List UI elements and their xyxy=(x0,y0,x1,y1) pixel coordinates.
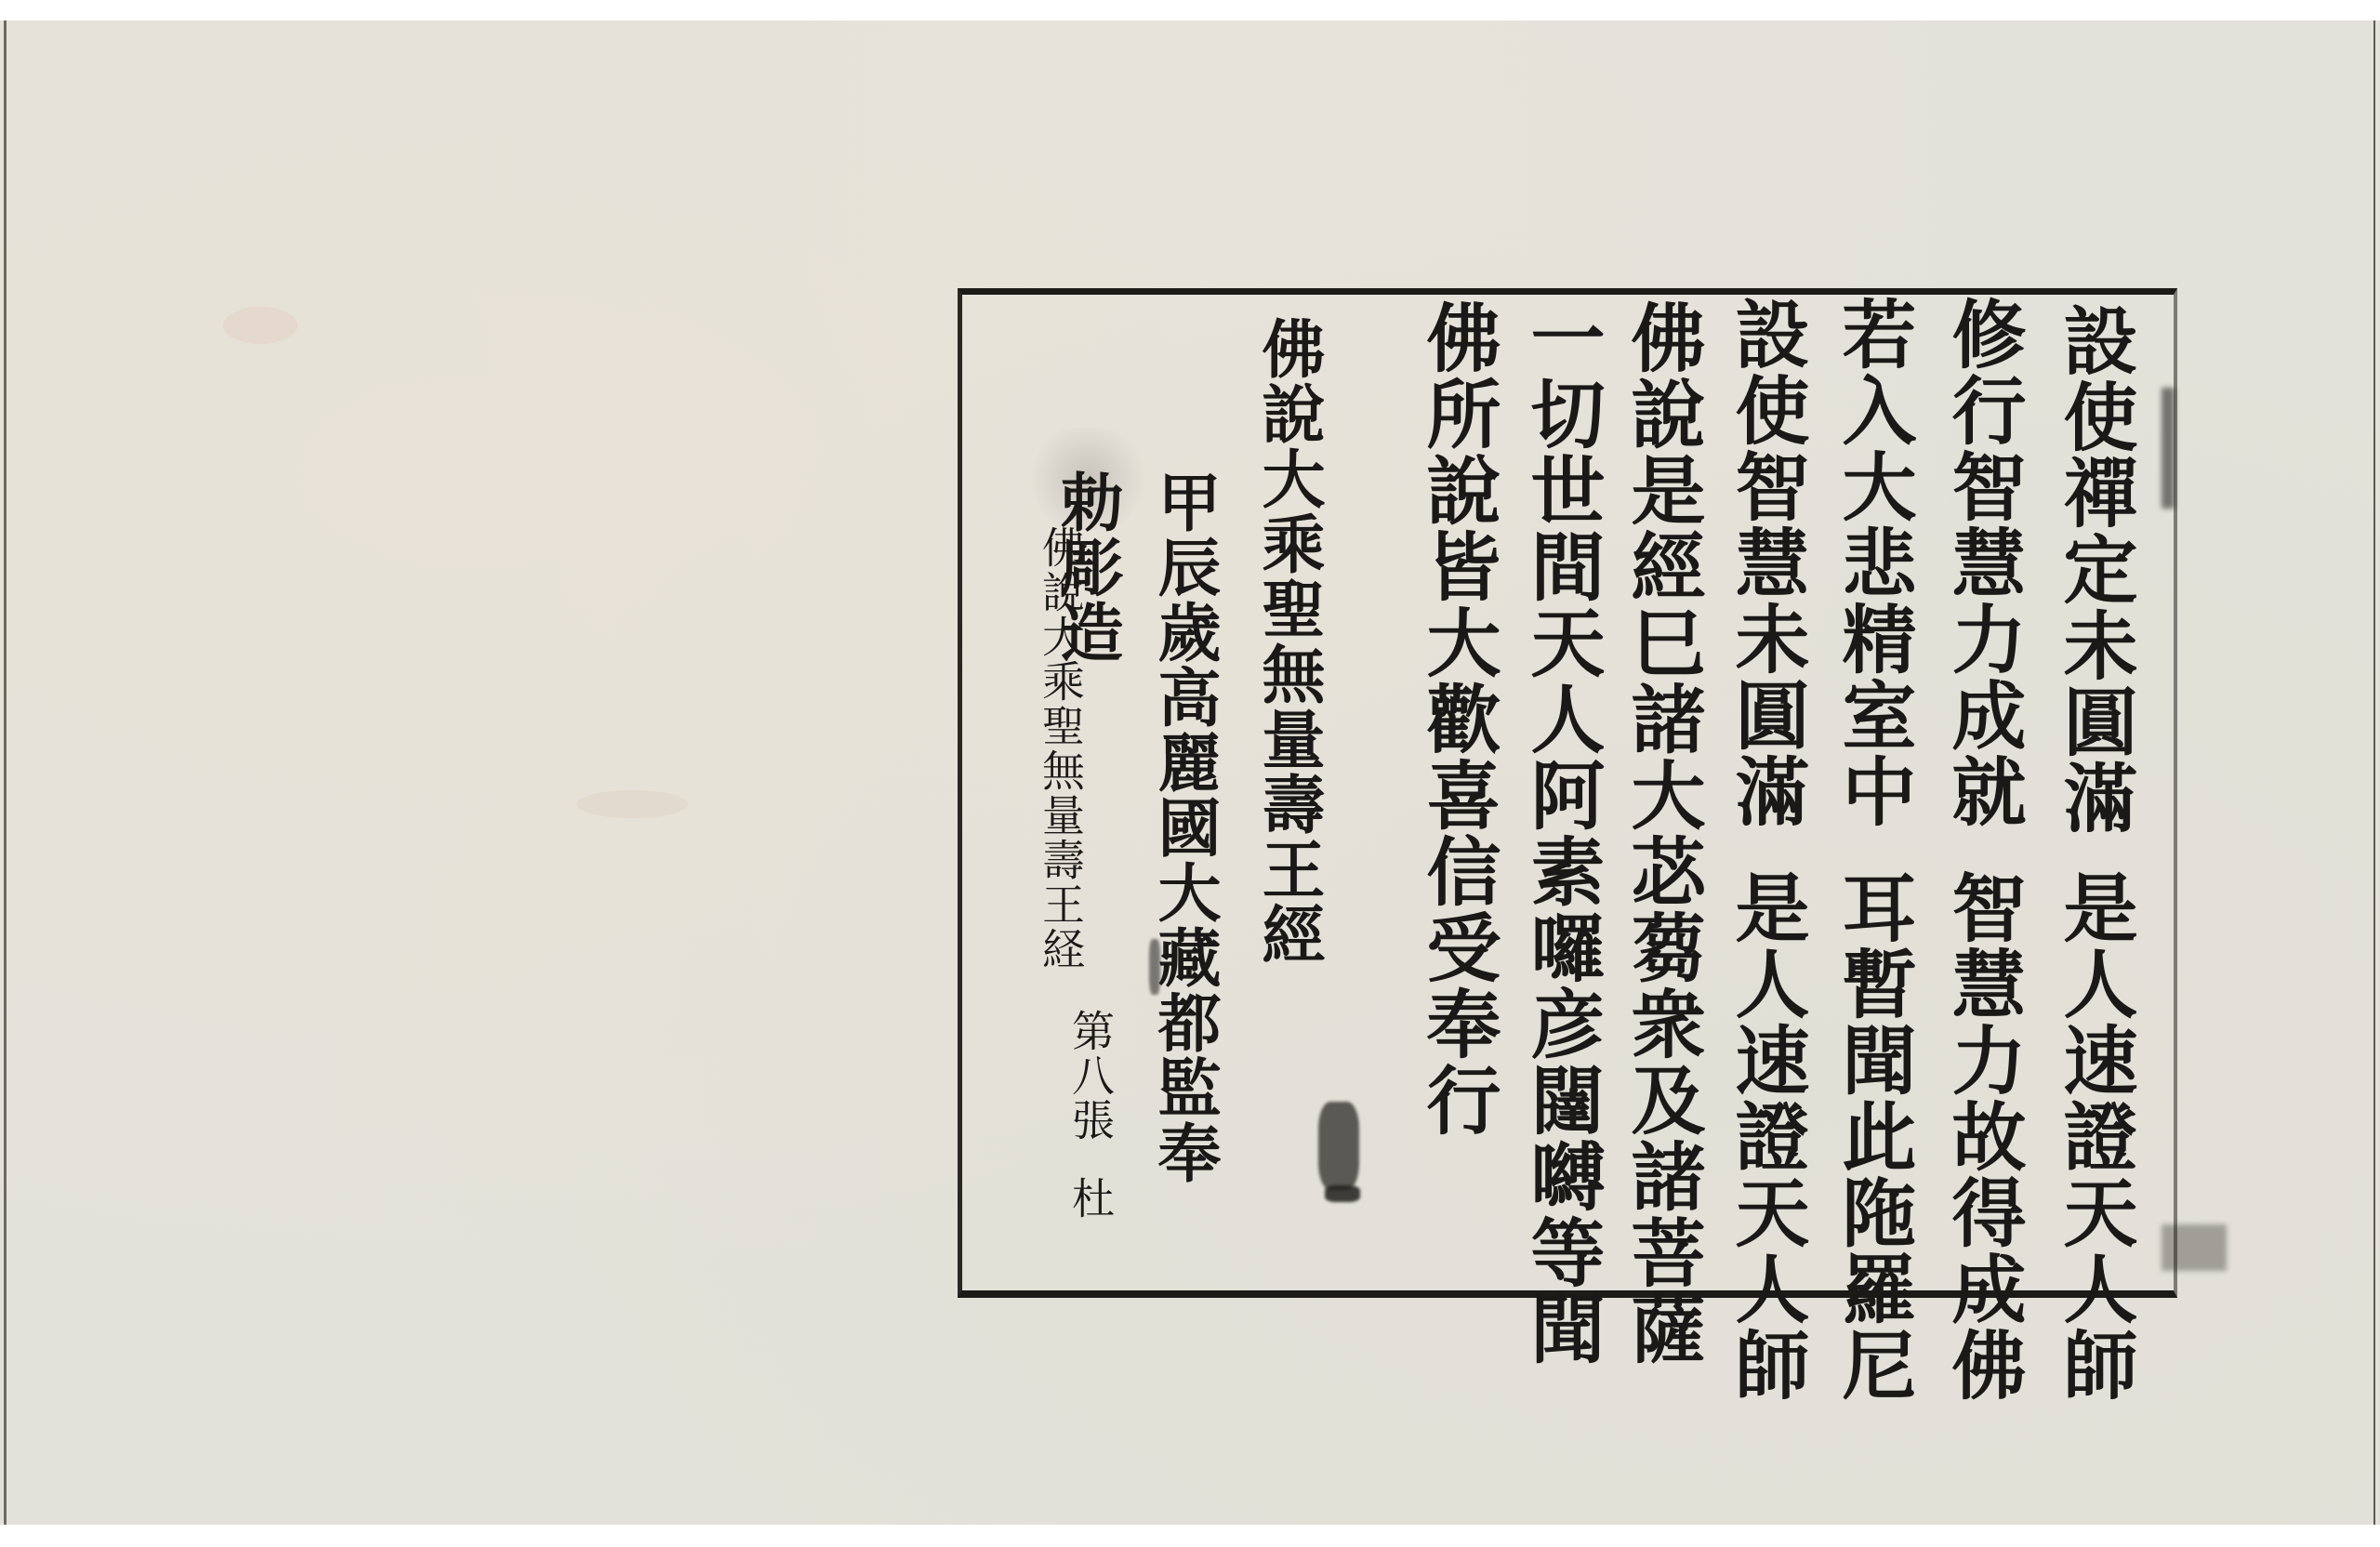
ink-blot xyxy=(1318,1102,1359,1190)
paper-stain xyxy=(223,307,297,344)
ink-smudge xyxy=(2162,388,2175,509)
text-column: 一切世間天人阿素囉彦闥嚩等聞 xyxy=(1525,299,1599,1367)
right-page-edge xyxy=(2373,20,2375,1525)
text-column: 若入大悲精室中 xyxy=(1836,296,1911,829)
left-page-edge xyxy=(4,20,7,1525)
margin-title: 佛說大乘聖無量壽王経 xyxy=(1039,525,1082,972)
paper-stain xyxy=(576,790,688,818)
text-column: 佛說是經巳諸大苾蒭衆及諸菩薩 xyxy=(1625,299,1699,1367)
verse-column: 是人速證天人師 xyxy=(2057,869,2132,1403)
text-column: 修行智慧力成就 xyxy=(1946,296,2020,829)
ink-blot xyxy=(1325,1185,1360,1202)
verse-column: 智慧力故得成佛 xyxy=(1946,869,2020,1403)
text-column: 設使智慧未圓滿 xyxy=(1729,296,1804,829)
colophon-line-1: 甲辰歲高麗國大藏都監奉 xyxy=(1153,469,1216,1185)
ink-blot xyxy=(1149,939,1160,995)
text-column: 佛所說皆大歡喜信受奉行 xyxy=(1421,299,1495,1138)
ink-smudge xyxy=(2162,1224,2227,1271)
carver-mark: 杜 xyxy=(1069,1176,1112,1221)
verse-column: 耳暫聞此陁羅尼 xyxy=(1836,869,1911,1403)
sutra-end-title: 佛說大乘聖無量壽王經 xyxy=(1257,316,1320,967)
text-column: 設使禪定未圓滿 xyxy=(2057,302,2132,836)
verse-column: 是人速證天人師 xyxy=(1729,869,1804,1403)
page-number: 第八張 xyxy=(1069,1009,1112,1143)
